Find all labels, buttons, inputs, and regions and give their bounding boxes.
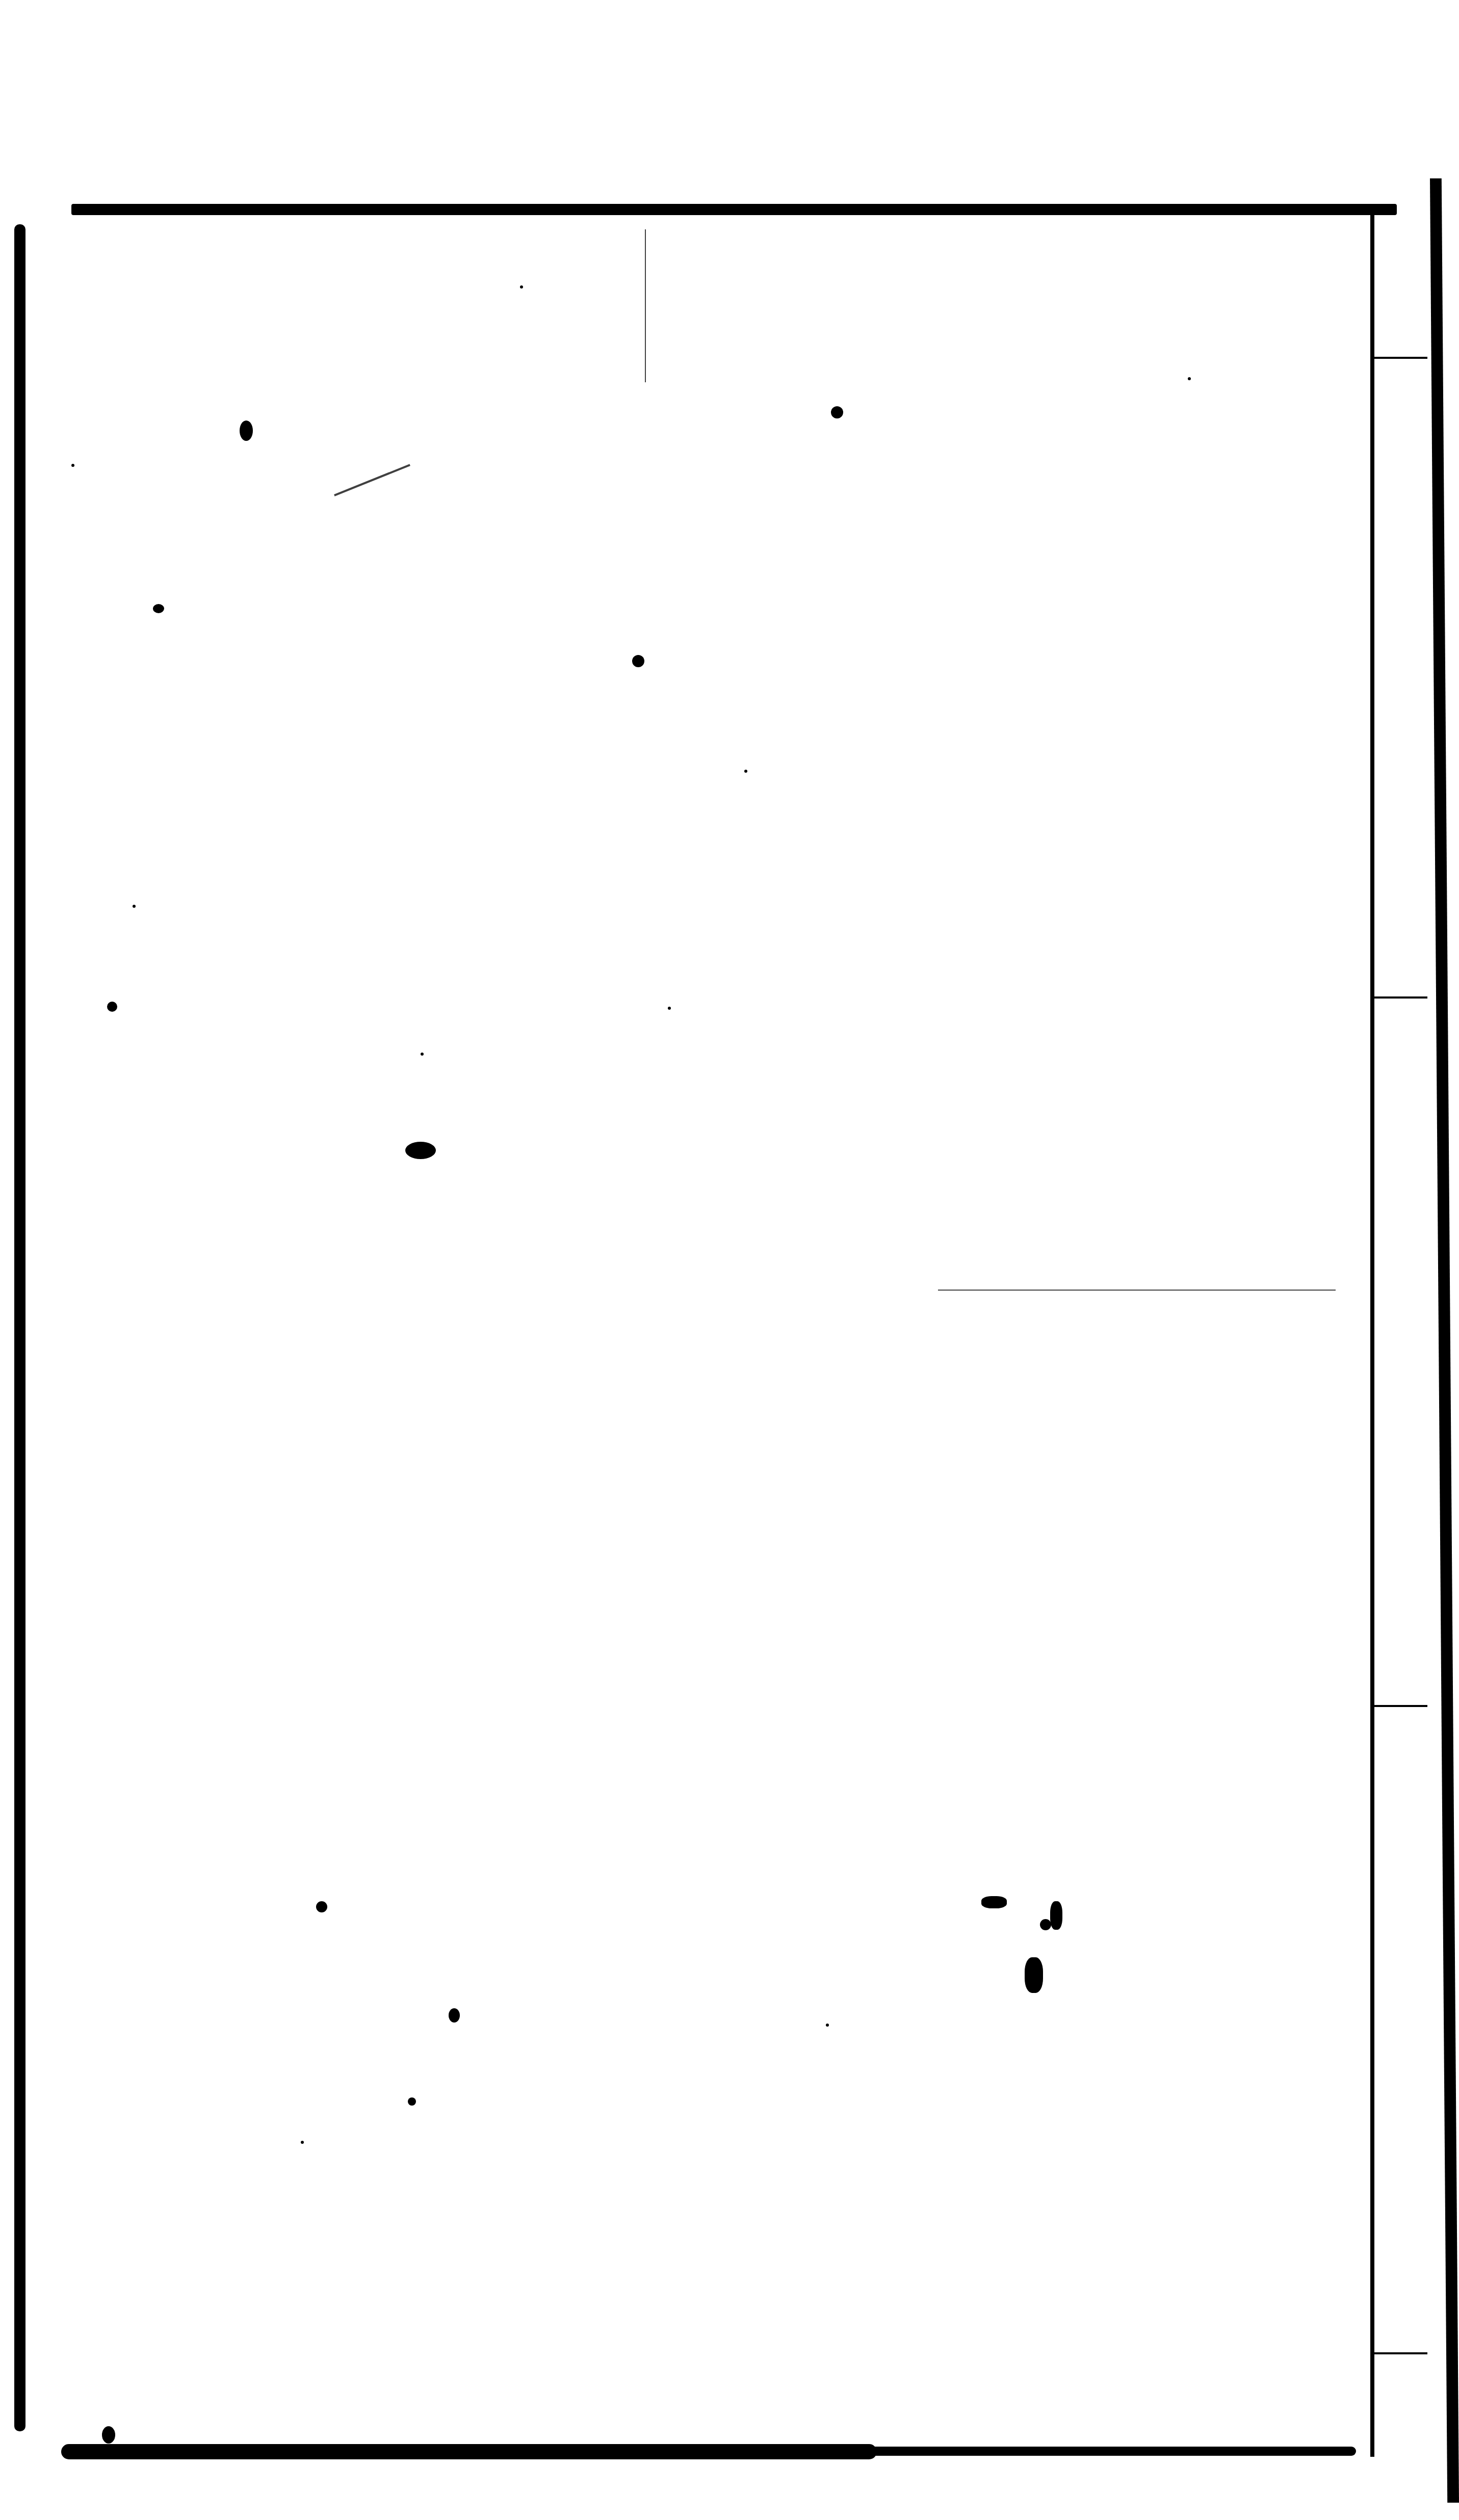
- spine-shadow: [1430, 178, 1459, 2503]
- paper-speck: [520, 285, 523, 288]
- ink-blot: [405, 1142, 436, 1159]
- binding-stitch: [1371, 996, 1427, 999]
- paper-fold-line: [938, 1290, 1336, 1291]
- paper-speck: [1188, 377, 1191, 380]
- blank-book-page: [15, 209, 1371, 2462]
- ink-blot: [316, 1901, 327, 1912]
- ink-splatter: [981, 1896, 1007, 1908]
- scanned-page-image: [0, 0, 1459, 2520]
- binding-stitch: [1371, 2352, 1427, 2354]
- spine-fold-line: [1370, 204, 1374, 2457]
- ink-blot: [102, 2426, 115, 2444]
- ink-blot: [107, 1002, 117, 1012]
- paper-speck: [71, 464, 74, 467]
- page-bottom-edge-right: [867, 2447, 1356, 2456]
- ink-blot: [831, 406, 843, 418]
- ink-blot: [632, 655, 644, 667]
- paper-crease: [645, 229, 646, 382]
- ink-blot: [153, 604, 164, 613]
- ink-blot: [408, 2097, 416, 2106]
- binding-stitch: [1371, 1705, 1427, 1707]
- paper-speck: [301, 2141, 304, 2144]
- ink-blot: [449, 2008, 460, 2023]
- ink-splatter: [1050, 1901, 1062, 1930]
- paper-speck: [826, 2024, 829, 2027]
- ink-splatter: [1040, 1919, 1051, 1930]
- paper-speck: [744, 770, 747, 773]
- paper-speck: [133, 905, 136, 908]
- page-top-edge: [71, 204, 1397, 215]
- page-bottom-edge: [61, 2444, 877, 2459]
- ink-blot: [240, 421, 253, 441]
- binding-stitch: [1371, 357, 1427, 359]
- paper-speck: [421, 1053, 424, 1056]
- page-left-edge: [14, 224, 25, 2431]
- paper-speck: [668, 1007, 671, 1010]
- ink-splatter: [1025, 1957, 1043, 1993]
